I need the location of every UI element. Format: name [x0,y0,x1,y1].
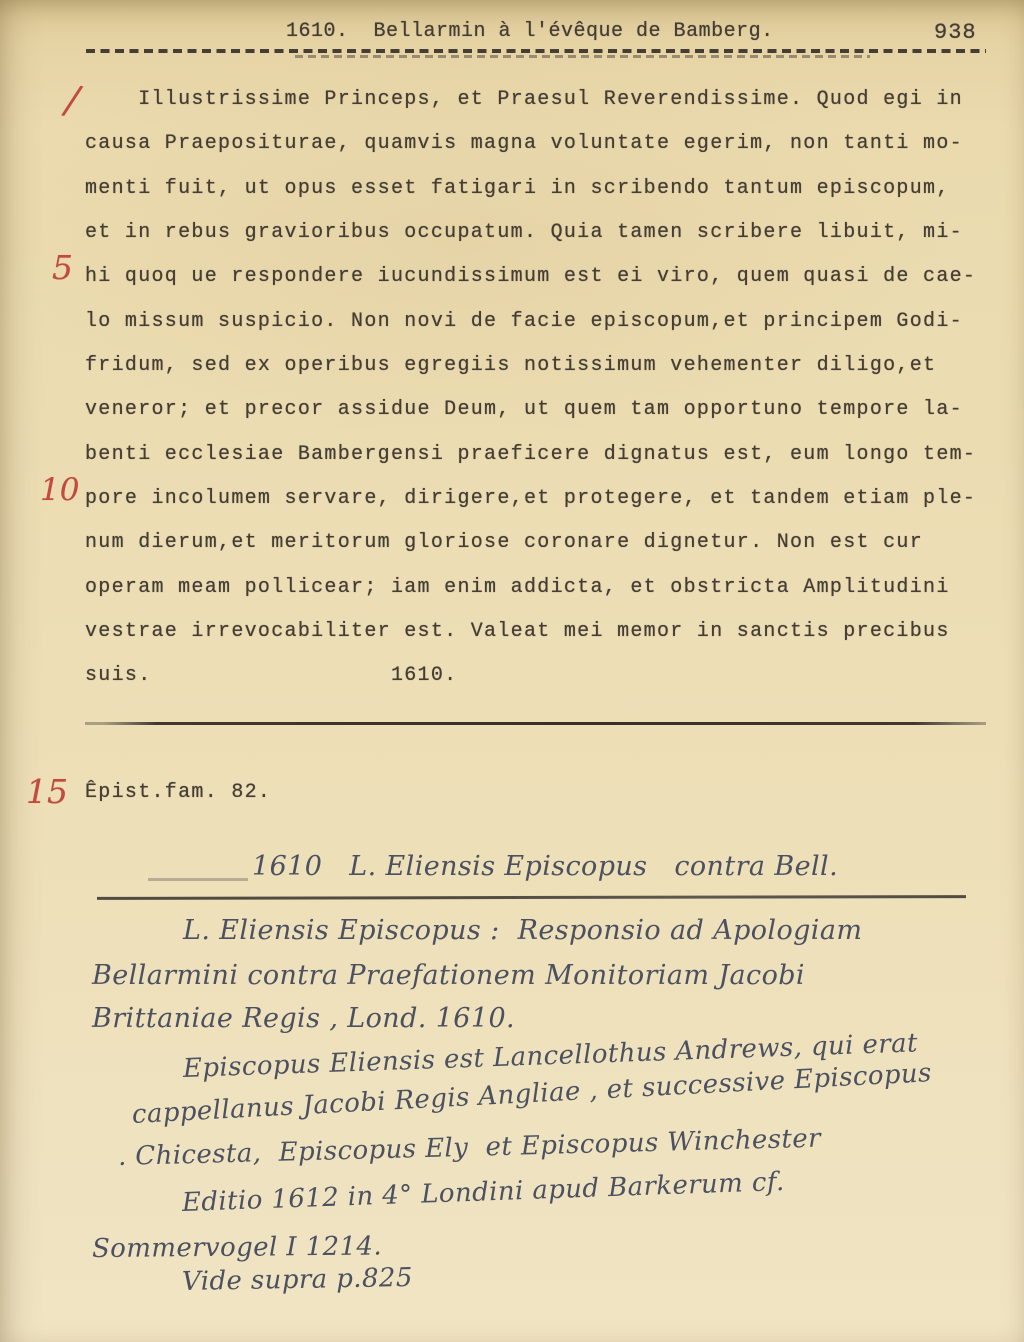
letter-line: suis. 1610. [85,654,1000,698]
handwritten-stray-line [148,878,248,881]
letter-line: fridum, sed ex operibus egregiis notissi… [85,344,1000,388]
margin-line-mark-10: 10 [40,472,79,508]
handwritten-note-line: L. Eliensis Episcopus : Responsio ad Apo… [183,915,862,946]
letter-line: lo missum suspicio. Non novi de facie ep… [85,300,1000,344]
letter-line: causa Praepositurae, quamvis magna volun… [85,122,1000,166]
handwritten-note-line: Sommervogel I 1214. [92,1231,382,1264]
typewritten-letter: Illustrissime Princeps, et Praesul Rever… [85,78,1000,699]
letter-line: veneror; et precor assidue Deum, ut quem… [85,388,1000,432]
handwritten-note-line: Editio 1612 in 4° Londini apud Barkerum … [181,1167,785,1218]
reference-citation: Êpist.fam. 82. [85,781,271,804]
margin-line-mark-15: 15 [26,772,68,811]
section-divider-rule [85,722,986,725]
letter-line: pore incolumem servare, dirigere,et prot… [85,477,1000,521]
handwritten-note-line: Brittaniae Regis , Lond. 1610. [92,1003,515,1034]
page-header-title: 1610. Bellarmin à l'évêque de Bamberg. [286,20,774,43]
header-dashed-rule [86,49,986,53]
handwritten-note-title: 1610 L. Eliensis Episcopus contra Bell. [252,851,838,882]
handwritten-note-line: Bellarmini contra Praefationem Monitoria… [92,960,805,991]
letter-line: num dierum,et meritorum gloriose coronar… [85,521,1000,565]
letter-line: Illustrissime Princeps, et Praesul Rever… [85,78,1000,122]
letter-line: menti fuit, ut opus esset fatigari in sc… [85,167,1000,211]
header-dashed-rule-echo [295,55,870,58]
margin-line-mark-5: 5 [52,248,73,287]
handwritten-note-line: Vide supra p.825 [182,1263,413,1297]
page-number: 938 [934,20,977,45]
letter-line: hi quoq ue respondere iucundissimum est … [85,255,1000,299]
letter-line: operam meam pollicear; iam enim addicta,… [85,566,1000,610]
letter-line: vestrae irrevocabiliter est. Valeat mei … [85,610,1000,654]
handwritten-title-underline [97,895,966,900]
letter-line: et in rebus gravioribus occupatum. Quia … [85,211,1000,255]
letter-line: benti ecclesiae Bambergensi praeficere d… [85,433,1000,477]
scanned-document-page: 1610. Bellarmin à l'évêque de Bamberg. 9… [0,0,1024,1342]
margin-line-mark-1: / [64,77,81,122]
handwritten-note-line: . Chicesta, Episcopus Ely et Episcopus W… [118,1124,822,1172]
